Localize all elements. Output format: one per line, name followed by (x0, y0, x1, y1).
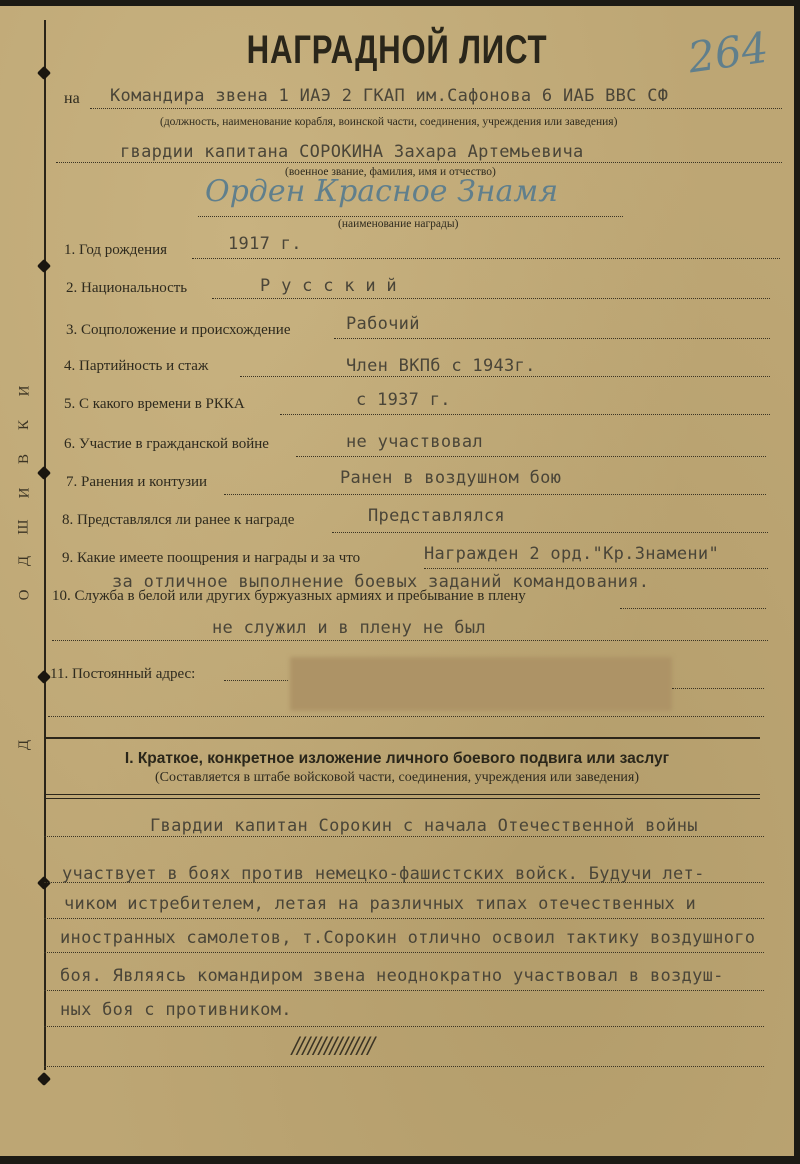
field-line (672, 688, 764, 689)
binding-hole-icon (37, 670, 51, 684)
na-label: на (64, 90, 80, 108)
margin-binding-note: И К В И Ш Д О (12, 374, 36, 612)
field-line (280, 414, 770, 415)
narrative-line: ных боя с противником. (60, 1000, 292, 1020)
field-address-label: 11. Постоянный адрес: (50, 666, 195, 683)
margin-letter: Д (7, 740, 41, 750)
field-line (424, 568, 768, 569)
field-birth-year-value: 1917 г. (228, 234, 302, 254)
field-line (620, 608, 766, 609)
position-value: Командира звена 1 ИАЭ 2 ГКАП им.Сафонова… (110, 86, 668, 106)
field-line (332, 532, 768, 533)
name-line (56, 162, 782, 163)
field-line (52, 640, 768, 641)
field-line (224, 680, 288, 681)
field-line (44, 918, 764, 919)
margin-letter: О (7, 590, 41, 601)
name-value: гвардии капитана СОРОКИНА Захара Артемье… (120, 142, 584, 162)
section-title: I. Краткое, конкретное изложение личного… (0, 750, 794, 768)
field-party-label: 4. Партийность и стаж (64, 358, 208, 375)
field-awards-label: 9. Какие имеете поощрения и награды и за… (62, 550, 360, 567)
section-divider (46, 737, 760, 739)
binding-hole-icon (37, 1072, 51, 1086)
redacted-address (290, 657, 672, 711)
field-party-value: Член ВКПб с 1943г. (346, 356, 536, 376)
margin-letter: Д (7, 556, 41, 566)
award-sheet-document: И К В И Ш Д О Д НАГРАДНОЙ ЛИСТ 264 на Ко… (0, 6, 794, 1156)
margin-letter: К (7, 420, 41, 430)
field-civil-war-value: не участвовал (346, 432, 483, 452)
field-social-value: Рабочий (346, 314, 420, 334)
field-line (44, 1066, 764, 1067)
margin-letter: В (7, 454, 41, 464)
binding-hole-icon (37, 259, 51, 273)
field-line (44, 1026, 764, 1027)
field-birth-year-label: 1. Год рождения (64, 242, 167, 259)
narrative-line: боя. Являясь командиром звена неоднократ… (60, 966, 724, 986)
field-wounds-label: 7. Ранения и контузии (66, 474, 207, 491)
narrative-line: участвует в боях против немецко-фашистск… (62, 864, 705, 884)
field-rkka-label: 5. С какого времени в РККА (64, 396, 245, 413)
field-line (44, 952, 764, 953)
field-prev-award-value: Представлялся (368, 506, 505, 526)
binding-hole-icon (37, 876, 51, 890)
end-of-text-mark: /////////////// (292, 1034, 373, 1059)
field-line (44, 990, 764, 991)
section-divider (46, 794, 760, 795)
field-line (44, 836, 764, 837)
position-caption: (должность, наименование корабля, воинск… (160, 116, 617, 128)
field-nationality-value: Р у с с к и й (260, 276, 397, 296)
field-white-army-value: не служил и в плену не был (212, 618, 486, 638)
margin-letter: И (7, 386, 41, 397)
field-line (296, 456, 766, 457)
narrative-line: иностранных самолетов, т.Сорокин отлично… (60, 928, 755, 948)
field-social-label: 3. Соцположение и происхождение (66, 322, 290, 339)
section-divider (46, 798, 760, 799)
binding-hole-icon (37, 466, 51, 480)
award-value: Орден Красное Знамя (205, 174, 558, 209)
field-nationality-label: 2. Национальность (66, 280, 187, 297)
field-line (240, 376, 770, 377)
field-wounds-value: Ранен в воздушном бою (340, 468, 561, 488)
field-line (334, 338, 770, 339)
field-prev-award-label: 8. Представлялся ли ранее к награде (62, 512, 294, 529)
field-line (192, 258, 780, 259)
binding-hole-icon (37, 66, 51, 80)
margin-rule (44, 20, 46, 1070)
narrative-line: чиком истребителем, летая на различных т… (64, 894, 696, 914)
field-civil-war-label: 6. Участие в гражданской войне (64, 436, 269, 453)
field-line (212, 298, 770, 299)
narrative-line: Гвардии капитан Сорокин с начала Отечест… (150, 816, 698, 836)
margin-letter: Ш (7, 519, 41, 534)
sheet-number: 264 (685, 23, 771, 83)
field-line (48, 716, 764, 717)
field-rkka-value: с 1937 г. (356, 390, 451, 410)
margin-letter: И (7, 488, 41, 499)
field-line (224, 494, 766, 495)
position-line (90, 108, 782, 109)
award-caption: (наименование награды) (338, 218, 458, 230)
award-line (198, 216, 623, 217)
field-white-army-label: 10. Служба в белой или других буржуазных… (52, 588, 526, 605)
field-awards-value: Награжден 2 орд."Кр.Знамени" (424, 544, 719, 564)
field-line (44, 882, 764, 883)
section-subtitle: (Составляется в штабе войсковой части, с… (0, 770, 794, 786)
page-title: НАГРАДНОЙ ЛИСТ (87, 28, 706, 73)
